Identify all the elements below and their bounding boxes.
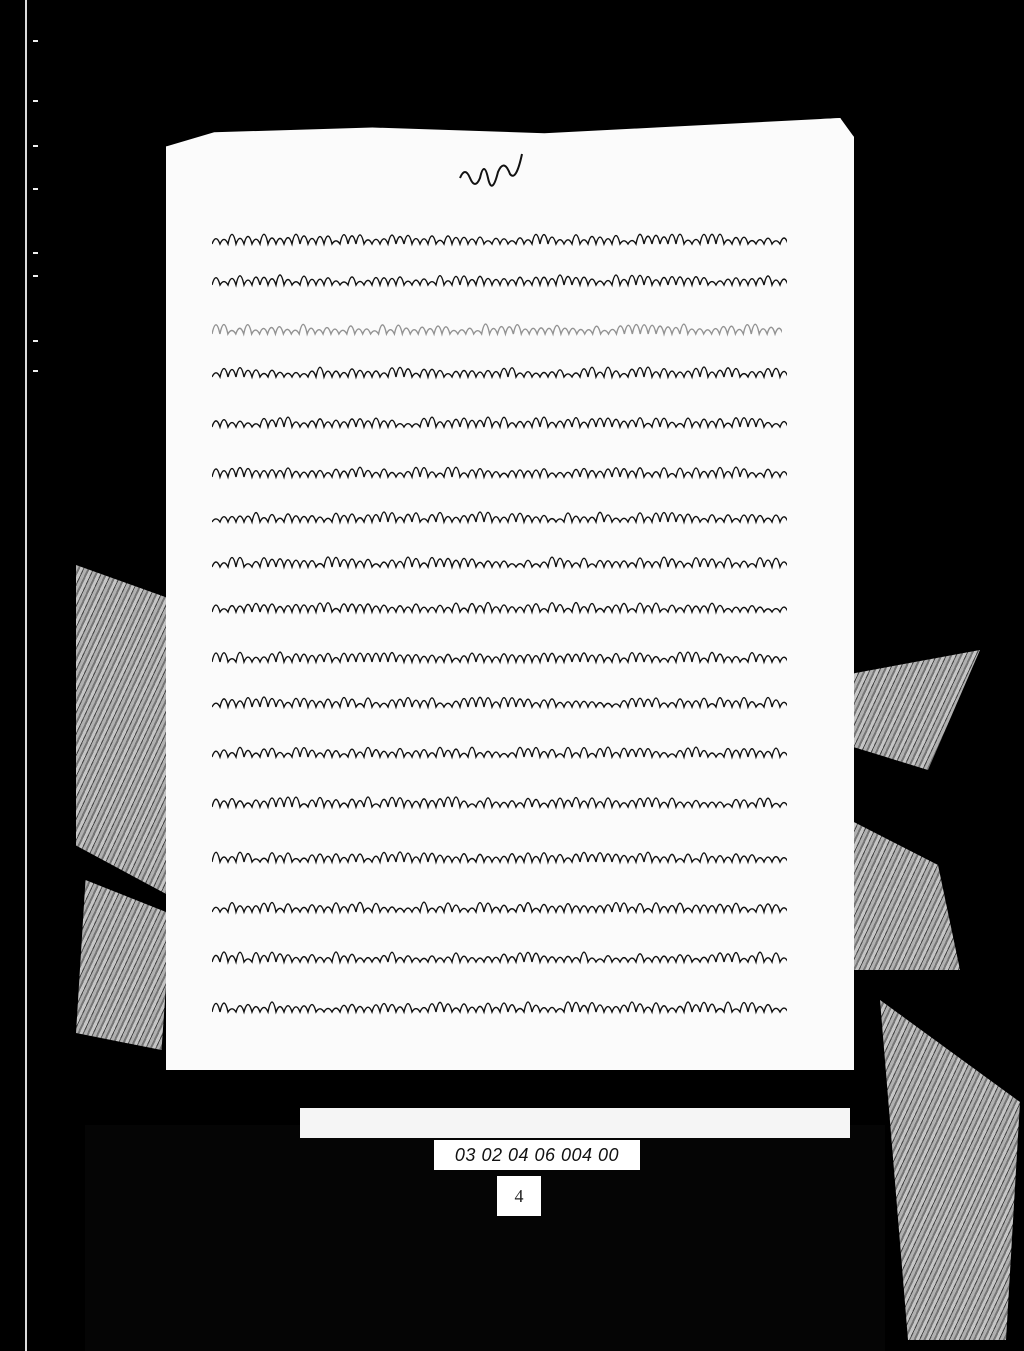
catalog-number-label: 03 02 04 06 004 00 [434, 1140, 640, 1170]
manuscript-line [212, 312, 782, 348]
edge-mark [33, 275, 38, 277]
scanner-edge-line [25, 0, 27, 1351]
edge-mark [33, 188, 38, 190]
edge-mark [33, 100, 38, 102]
manuscript-line [212, 222, 787, 258]
cloth-wrapping-left-bottom [76, 880, 171, 1050]
cloth-wrapping-right-2 [850, 820, 960, 970]
cloth-wrapping-left-top [76, 565, 168, 895]
manuscript-line [212, 735, 787, 771]
manuscript-line [212, 890, 787, 926]
underlying-page-edge [300, 1108, 850, 1138]
cloth-wrapping-right-3 [880, 1000, 1020, 1340]
manuscript-line [212, 840, 787, 876]
edge-mark [33, 340, 38, 342]
manuscript-line [212, 545, 787, 581]
manuscript-line [212, 263, 787, 299]
cloth-wrapping-right-1 [850, 650, 980, 770]
manuscript-line [212, 590, 787, 626]
edge-mark [33, 40, 38, 42]
manuscript-line [212, 500, 787, 536]
edge-mark [33, 145, 38, 147]
manuscript-line [212, 990, 787, 1026]
manuscript-line [212, 940, 787, 976]
edge-mark [33, 370, 38, 372]
edge-mark [33, 252, 38, 254]
manuscript-line [212, 405, 787, 441]
page-number-label: 4 [497, 1176, 541, 1216]
page-heading-script [455, 150, 545, 190]
manuscript-line [212, 685, 787, 721]
manuscript-line [212, 355, 787, 391]
manuscript-line [212, 640, 787, 676]
manuscript-line [212, 455, 787, 491]
manuscript-line [212, 785, 787, 821]
